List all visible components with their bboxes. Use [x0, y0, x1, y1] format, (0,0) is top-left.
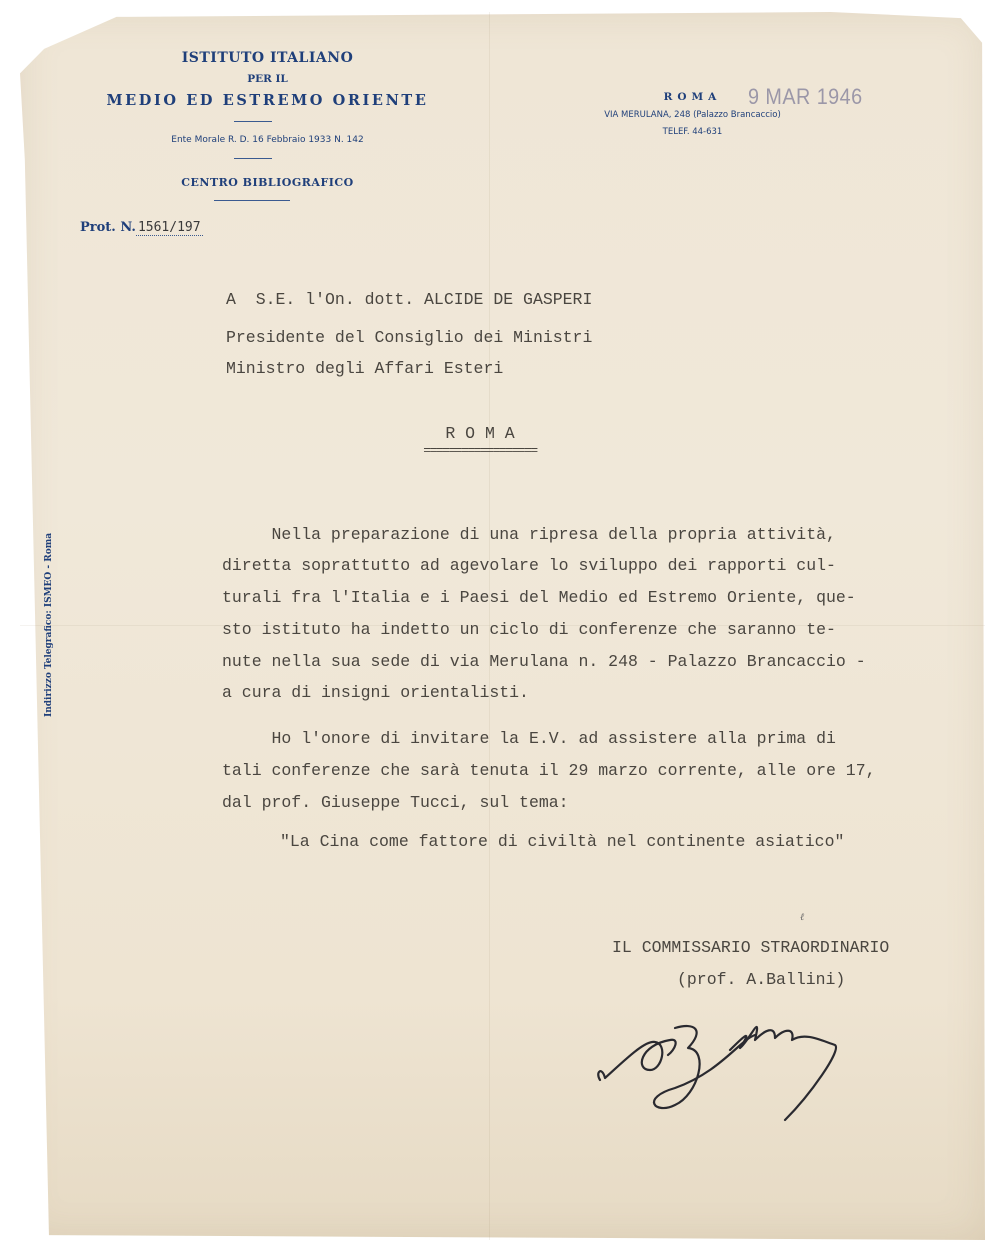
body-line: Nella preparazione di una ripresa della …	[222, 525, 836, 544]
body-line: a cura di insigni orientalisti.	[222, 683, 529, 702]
signature-icon: A. Ballini handwritten signature	[580, 1000, 880, 1130]
address-phone: TELEF. 44-631	[595, 127, 790, 137]
handwritten-mark: ℓ	[800, 912, 804, 923]
protocol-number: 1561/197	[136, 220, 203, 236]
body-line: nute nella sua sede di via Merulana n. 2…	[222, 652, 866, 671]
body-line: turali fra l'Italia e i Paesi del Medio …	[222, 588, 856, 607]
body-line: tali conferenze che sarà tenuta il 29 ma…	[222, 761, 876, 780]
legal-status: Ente Morale R. D. 16 Febbraio 1933 N. 14…	[80, 135, 455, 145]
signatory-title: IL COMMISSARIO STRAORDINARIO	[612, 938, 889, 957]
body-line: Ho l'onore di invitare la E.V. ad assist…	[222, 729, 836, 748]
body-line: sto istituto ha indetto un ciclo di conf…	[222, 620, 836, 639]
lecture-title: "La Cina come fattore di civiltà nel con…	[280, 832, 844, 851]
institute-name-line3: MEDIO ED ESTREMO ORIENTE	[80, 92, 455, 109]
body-line: dal prof. Giuseppe Tucci, sul tema:	[222, 793, 569, 812]
department-name: CENTRO BIBLIOGRAFICO	[80, 176, 455, 189]
recipient-city: R O M A	[330, 424, 630, 443]
signatory-name: (prof. A.Ballini)	[677, 970, 845, 989]
address-street: VIA MERULANA, 248 (Palazzo Brancaccio)	[595, 110, 790, 120]
protocol-label: Prot. N.	[80, 220, 136, 235]
body-line: diretta soprattutto ad agevolare lo svil…	[222, 556, 836, 575]
date-stamp: 9 MAR 1946	[748, 84, 863, 110]
divider	[234, 121, 272, 122]
recipient-line2: Presidente del Consiglio dei Ministri	[226, 328, 592, 347]
recipient-line3: Ministro degli Affari Esteri	[226, 359, 503, 378]
protocol-number-field: Prot. N.1561/197	[80, 220, 203, 235]
recipient-line1: A S.E. l'On. dott. ALCIDE DE GASPERI	[226, 290, 592, 309]
institute-name-line1: ISTITUTO ITALIANO	[80, 50, 455, 66]
divider	[234, 158, 272, 159]
institute-name-line2: PER IL	[80, 73, 455, 85]
handwritten-signature: A. Ballini handwritten signature	[580, 1000, 880, 1130]
divider	[214, 200, 290, 201]
city-underline: ==================	[330, 443, 630, 458]
telegraphic-address: Indirizzo Telegrafico: ISMEO - Roma	[44, 487, 54, 717]
